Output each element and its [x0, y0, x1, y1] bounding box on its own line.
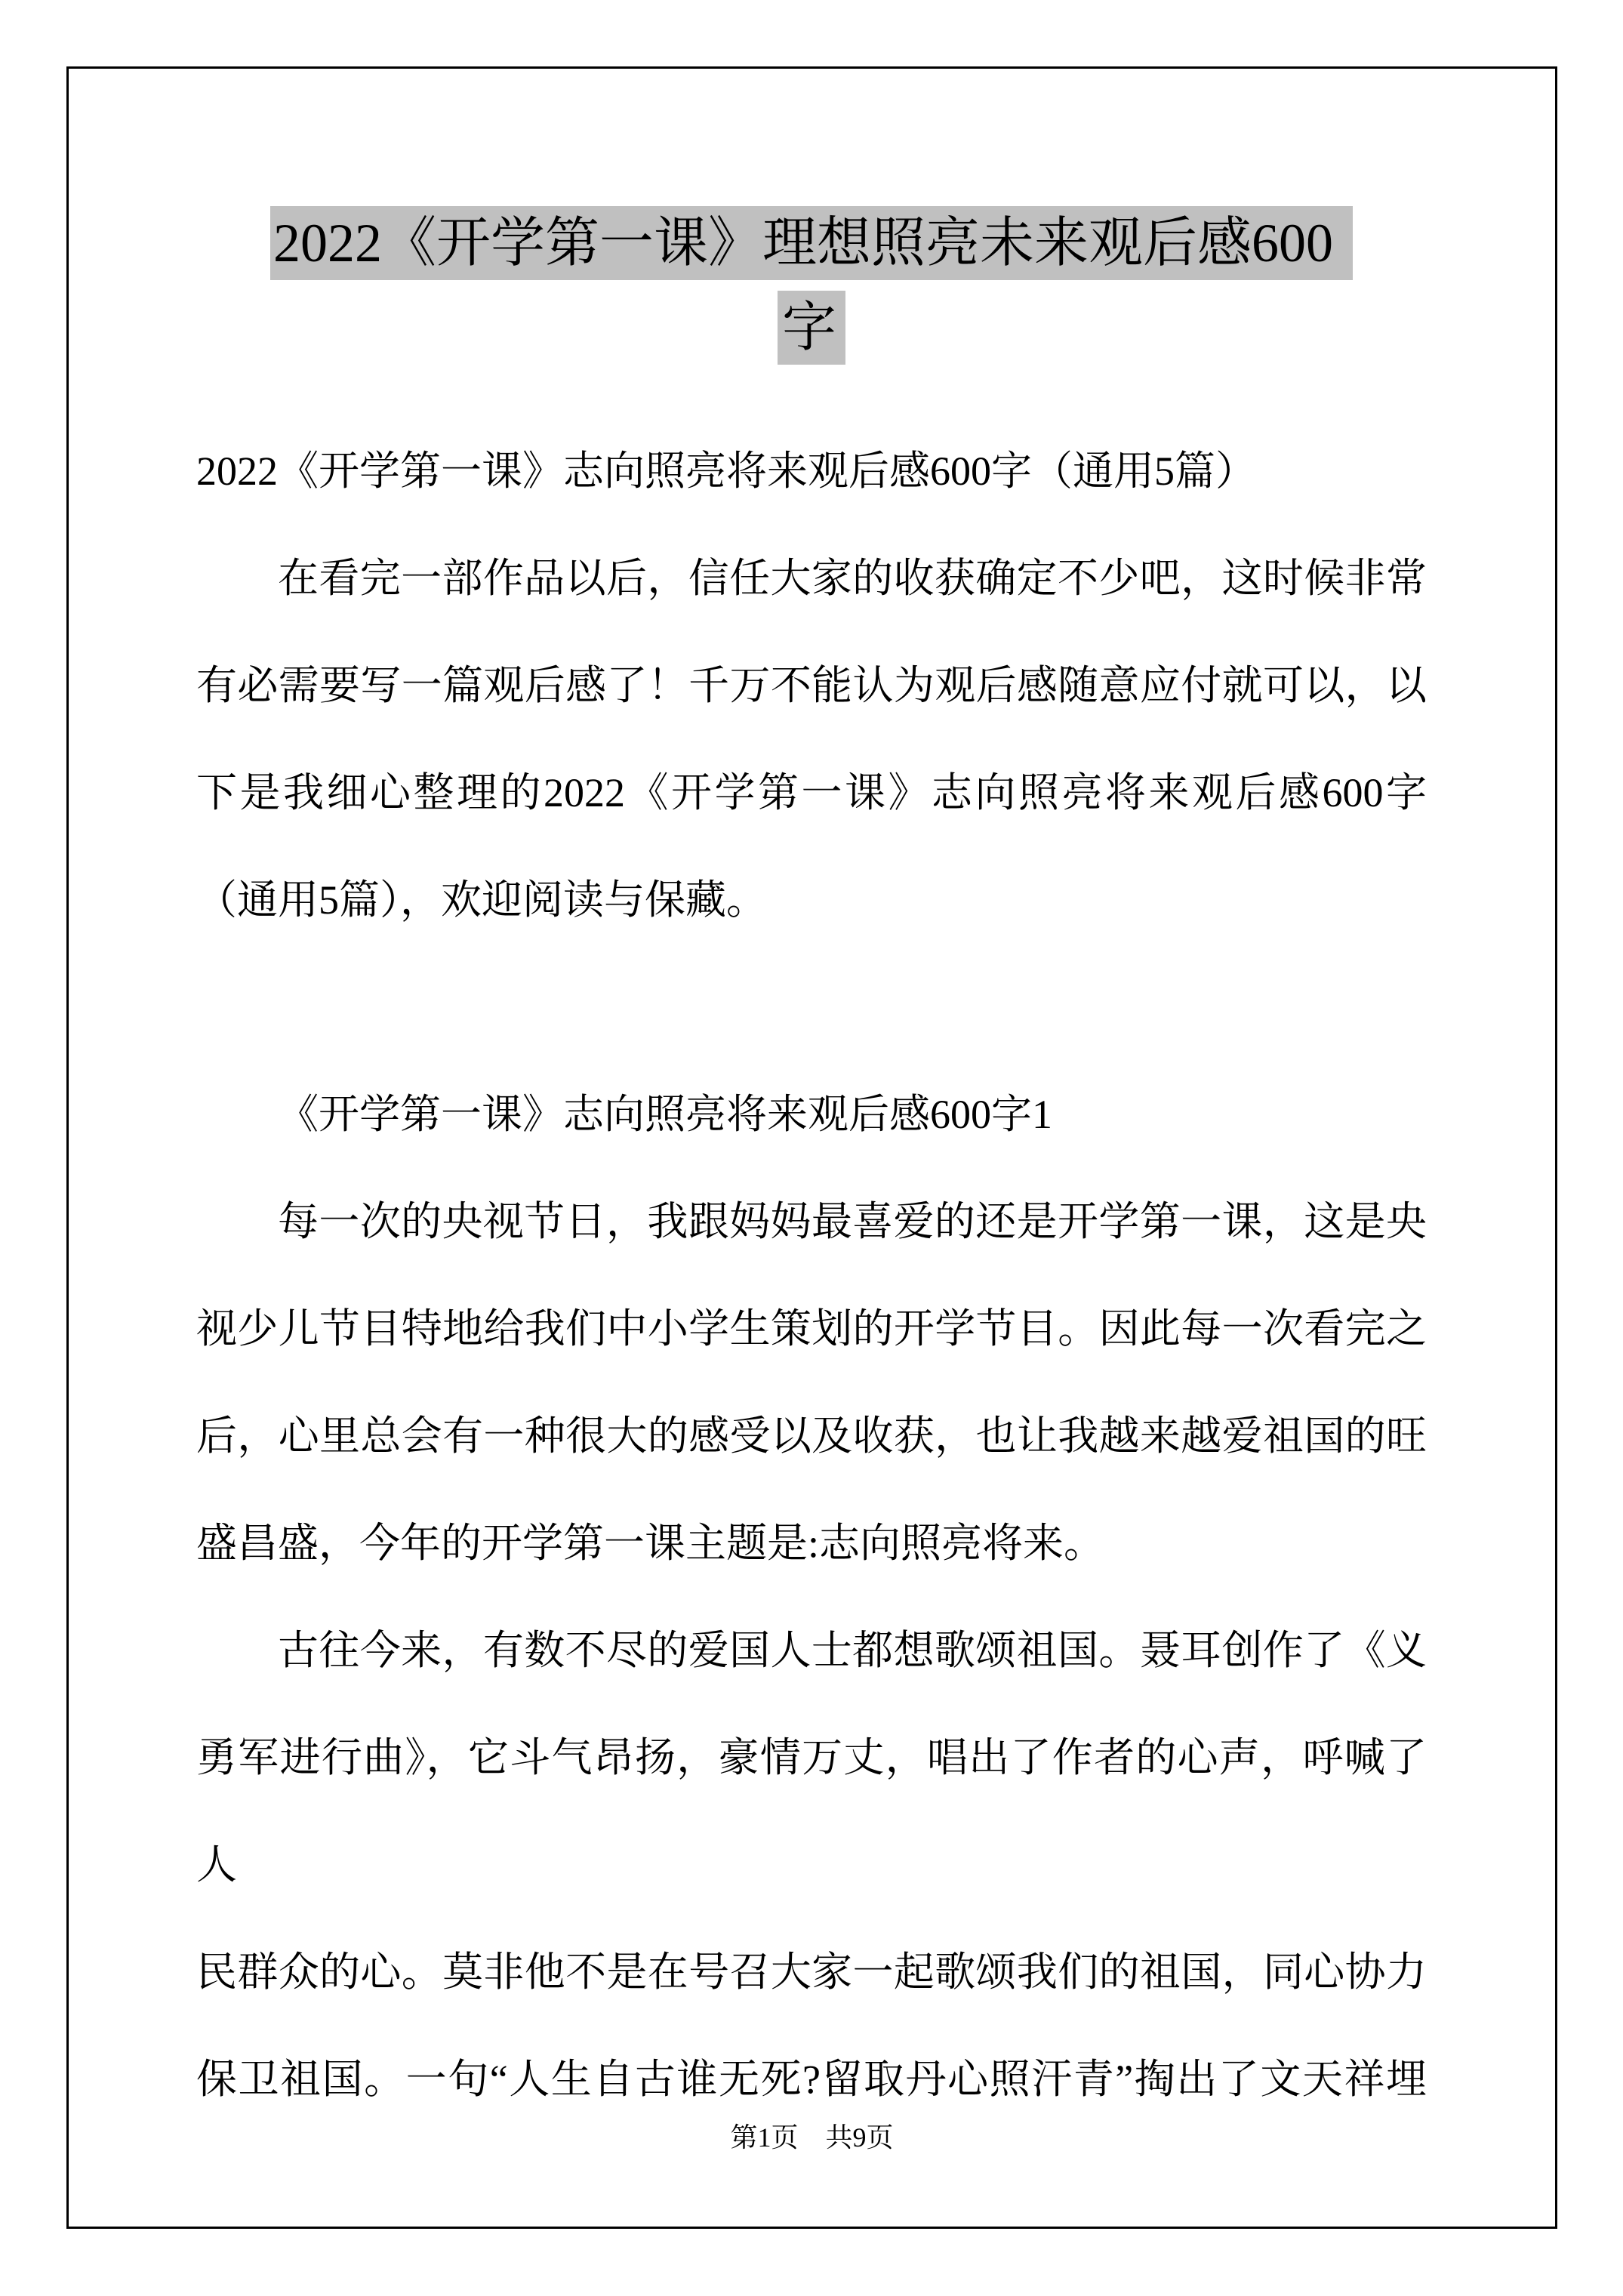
body-text-line: 2022《开学第一课》志向照亮将来观后感600字（通用5篇） — [196, 418, 1427, 525]
title-line-1: 2022《开学第一课》理想照亮未来观后感600 — [196, 201, 1427, 285]
footer-total-pages: 共9页 — [826, 2122, 894, 2153]
body-text-line: 勇军进行曲》，它斗气昂扬，豪情万丈，唱出了作者的心声，呼喊了人 — [196, 1704, 1427, 1918]
body-text-line: 视少儿节目特地给我们中小学生策划的开学节目。因此每一次看完之 — [196, 1275, 1427, 1382]
footer-current-page: 第1页 — [730, 2122, 798, 2153]
body-text-line: 有必需要写一篇观后感了！千万不能认为观后感随意应付就可以，以 — [196, 632, 1427, 739]
document-page: 2022《开学第一课》理想照亮未来观后感600 字 2022《开学第一课》志向照… — [66, 66, 1557, 2229]
body-text-line: 盛昌盛，今年的开学第一课主题是:志向照亮将来。 — [196, 1490, 1427, 1597]
title-line-2-highlight: 字 — [778, 291, 845, 365]
title-line-2: 字 — [196, 285, 1427, 370]
body-text-line: 民群众的心。莫非他不是在号召大家一起歌颂我们的祖国，同心协力 — [196, 1918, 1427, 2026]
body-text-line: （通用5篇），欢迎阅读与保藏。 — [196, 846, 1427, 954]
body-text-line: 古往今来，有数不尽的爱国人士都想歌颂祖国。聂耳创作了《义 — [196, 1597, 1427, 1704]
body-text-line: 《开学第一课》志向照亮将来观后感600字1 — [196, 1061, 1427, 1168]
page-footer: 第1页共9页 — [69, 2122, 1555, 2154]
title-line-1-highlight: 2022《开学第一课》理想照亮未来观后感600 — [270, 206, 1353, 280]
document-title: 2022《开学第一课》理想照亮未来观后感600 字 — [196, 201, 1427, 370]
body-text-line: 保卫祖国。一句“人生自古谁无死?留取丹心照汗青”掏出了文天祥埋 — [196, 2026, 1427, 2133]
document-body: 2022《开学第一课》志向照亮将来观后感600字（通用5篇）在看完一部作品以后，… — [196, 418, 1427, 2133]
body-text-line: 每一次的央视节日，我跟妈妈最喜爱的还是开学第一课，这是央 — [196, 1168, 1427, 1275]
body-text-line: 在看完一部作品以后，信任大家的收获确定不少吧，这时候非常 — [196, 525, 1427, 632]
body-text-line: 后，心里总会有一种很大的感受以及收获，也让我越来越爱祖国的旺 — [196, 1382, 1427, 1490]
blank-line — [196, 954, 1427, 1061]
body-text-line: 下是我细心整理的2022《开学第一课》志向照亮将来观后感600字 — [196, 739, 1427, 846]
